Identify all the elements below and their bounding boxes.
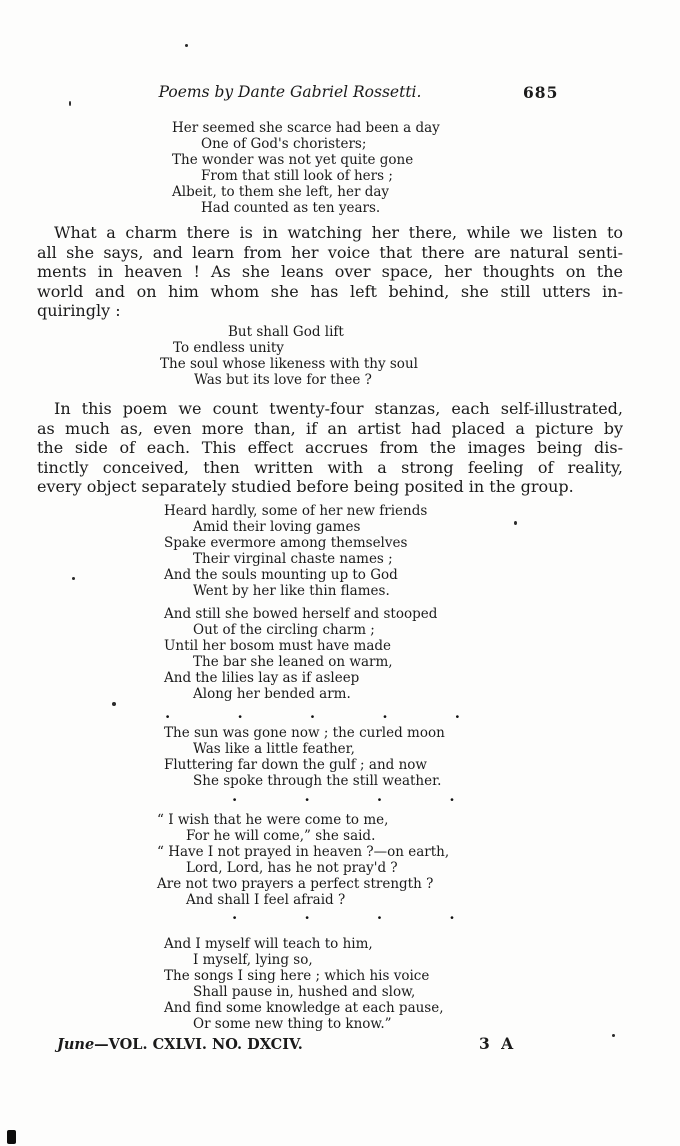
- poem-stanza-6: And I myself will teach to him, I myself…: [164, 936, 444, 1032]
- verse-line: And find some knowledge at each pause,: [164, 1000, 444, 1016]
- verse-line: Heard hardly, some of her new friends: [164, 503, 427, 519]
- prose-line: quiringly :: [37, 301, 623, 321]
- verse-line: And still she bowed herself and stooped: [164, 606, 437, 622]
- verse-line: For he will come,” she said.: [186, 828, 449, 844]
- scan-speck: [69, 101, 71, 106]
- verse-line: Out of the circling charm ;: [193, 622, 437, 638]
- verse-line: Was but its love for thee ?: [194, 372, 418, 388]
- scan-speck: [72, 577, 75, 580]
- verse-line: Her seemed she scarce had been a day: [172, 120, 440, 136]
- prose-paragraph-1: What a charm there is in watching her th…: [37, 223, 623, 321]
- verse-line: And the lilies lay as if asleep: [164, 670, 437, 686]
- poem-stanza-1: Her seemed she scarce had been a day One…: [172, 120, 440, 216]
- poem-stanza-2: Heard hardly, some of her new friends Am…: [164, 503, 427, 599]
- verse-line: The soul whose likeness with thy soul: [160, 356, 418, 372]
- scan-speck: [112, 702, 116, 706]
- verse-line: Their virginal chaste names ;: [193, 551, 427, 567]
- scan-blemish: [7, 1130, 16, 1144]
- verse-line: Had counted as ten years.: [201, 200, 440, 216]
- prose-line: every object separately studied before b…: [37, 477, 623, 497]
- verse-line: Shall pause in, hushed and slow,: [193, 984, 444, 1000]
- scan-speck: [514, 521, 517, 525]
- verse-line: Lord, Lord, has he not pray'd ?: [186, 860, 449, 876]
- verse-line: The songs I sing here ; which his voice: [164, 968, 444, 984]
- verse-line: “ Have I not prayed in heaven ?—on earth…: [157, 844, 449, 860]
- prose-line: In this poem we count twenty-four stanza…: [37, 399, 623, 419]
- verse-line: Amid their loving games: [193, 519, 427, 535]
- verse-line: Are not two prayers a perfect strength ?: [157, 876, 449, 892]
- verse-line: Along her bended arm.: [193, 686, 437, 702]
- prose-paragraph-2: In this poem we count twenty-four stanza…: [37, 399, 623, 497]
- verse-line: Went by her like thin flames.: [193, 583, 427, 599]
- page-header-title: Poems by Dante Gabriel Rossetti.: [140, 83, 440, 101]
- prose-line: as much as, even more than, if an artist…: [37, 419, 623, 439]
- section-separator-dots: . . . . .: [165, 705, 460, 721]
- verse-line: And the souls mounting up to God: [164, 567, 427, 583]
- poem-quote: But shall God lift To endless unity The …: [160, 324, 418, 388]
- scan-speck: [612, 1034, 615, 1037]
- poem-stanza-4: The sun was gone now ; the curled moon W…: [164, 725, 445, 789]
- poem-stanza-3: And still she bowed herself and stooped …: [164, 606, 437, 702]
- verse-line: Until her bosom must have made: [164, 638, 437, 654]
- footer-volume-line: June—VOL. CXLVI. NO. DXCIV.: [57, 1036, 303, 1053]
- scanned-book-page: Poems by Dante Gabriel Rossetti. 685 Her…: [0, 0, 680, 1146]
- verse-line: “ I wish that he were come to me,: [157, 812, 449, 828]
- verse-line: From that still look of hers ;: [201, 168, 440, 184]
- prose-line: world and on him whom she has left behin…: [37, 282, 623, 302]
- footer-volume-info: —VOL. CXLVI. NO. DXCIV.: [94, 1036, 303, 1053]
- verse-line: The sun was gone now ; the curled moon: [164, 725, 445, 741]
- verse-line: Or some new thing to know.”: [193, 1016, 444, 1032]
- verse-line: To endless unity: [173, 340, 418, 356]
- footer-month: June: [57, 1036, 94, 1053]
- verse-line: The bar she leaned on warm,: [193, 654, 437, 670]
- section-separator-dots: . . . .: [232, 788, 455, 804]
- prose-line: the side of each. This effect accrues fr…: [37, 438, 623, 458]
- prose-line: all she says, and learn from her voice t…: [37, 243, 623, 263]
- verse-line: Albeit, to them she left, her day: [172, 184, 440, 200]
- prose-line: tinctly conceived, then written with a s…: [37, 458, 623, 478]
- verse-line: One of God's choristers;: [201, 136, 440, 152]
- prose-line: ments in heaven ! As she leans over spac…: [37, 262, 623, 282]
- verse-line: The wonder was not yet quite gone: [172, 152, 440, 168]
- scan-speck: [185, 44, 188, 47]
- section-separator-dots: . . . .: [232, 906, 455, 922]
- footer-signature: 3 A: [479, 1034, 516, 1053]
- verse-line: Spake evermore among themselves: [164, 535, 427, 551]
- verse-line: And I myself will teach to him,: [164, 936, 444, 952]
- verse-line: But shall God lift: [228, 324, 418, 340]
- prose-line: What a charm there is in watching her th…: [37, 223, 623, 243]
- page-number: 685: [523, 83, 558, 102]
- poem-stanza-5: “ I wish that he were come to me, For he…: [157, 812, 449, 908]
- verse-line: I myself, lying so,: [193, 952, 444, 968]
- verse-line: Fluttering far down the gulf ; and now: [164, 757, 445, 773]
- verse-line: Was like a little feather,: [193, 741, 445, 757]
